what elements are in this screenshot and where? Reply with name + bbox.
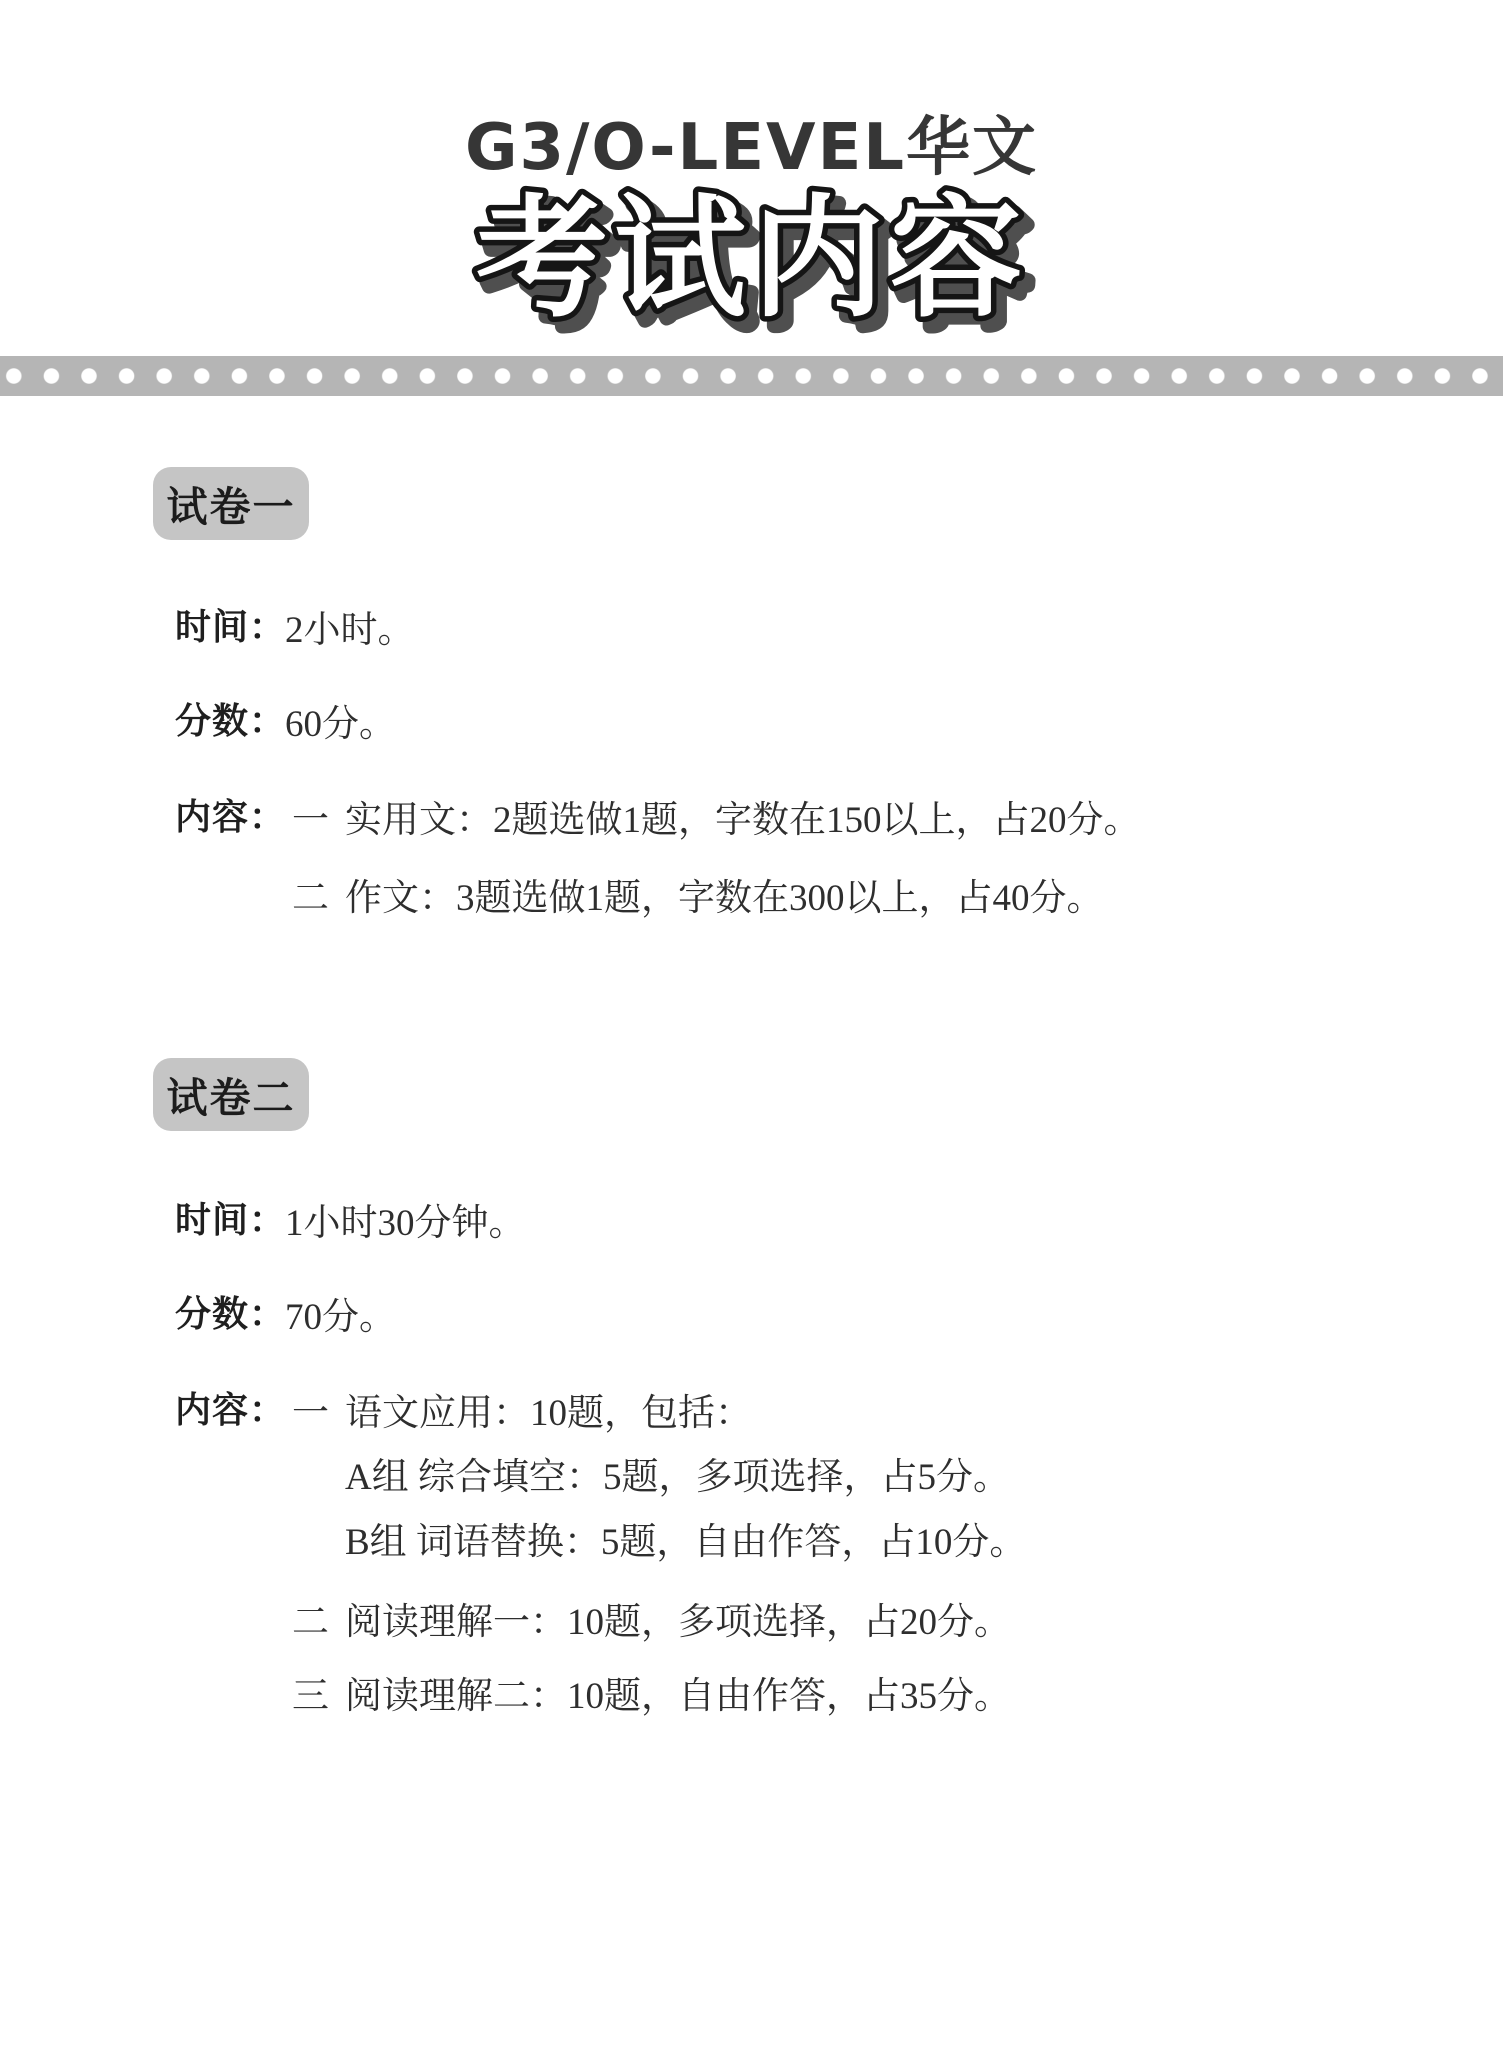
paper2-item2-number: 二 <box>292 1591 329 1645</box>
paper2-item3-number: 三 <box>292 1665 329 1719</box>
paper1-content-row-2: 二 作文：3题选做1题，字数在300以上，占40分。 <box>0 867 1503 911</box>
paper2-item1-text: 语文应用：10题，包括： <box>345 1382 752 1436</box>
paper2-marks-row: 分数： 70分。 <box>0 1286 1503 1330</box>
paper2-subitem-a-text: A组 综合填空：5题，多项选择，占5分。 <box>345 1446 1010 1500</box>
paper1-content-row-1: 内容： 一 实用文：2题选做1题，字数在150以上，占20分。 <box>0 789 1503 833</box>
paper1-item2-number: 二 <box>292 867 329 921</box>
paper2-item3-text: 阅读理解二：10题，自由作答，占35分。 <box>345 1665 1011 1719</box>
paper1-time-row: 时间： 2小时。 <box>0 599 1503 643</box>
paper2-subitem-b-text: B组 词语替换：5题，自由作答，占10分。 <box>345 1511 1026 1565</box>
paper1-item1-number: 一 <box>292 789 329 843</box>
paper2-marks-value: 70分。 <box>285 1286 396 1340</box>
paper1-marks-value: 60分。 <box>285 693 396 747</box>
paper2-subitem-b-row: B组 词语替换：5题，自由作答，占10分。 <box>0 1511 1503 1555</box>
dotted-divider <box>0 356 1503 396</box>
paper1-content-label: 内容： <box>175 789 286 840</box>
paper1-time-label: 时间： <box>175 599 286 650</box>
paper2-time-row: 时间： 1小时30分钟。 <box>0 1192 1503 1236</box>
paper1-item2-text: 作文：3题选做1题，字数在300以上，占40分。 <box>345 867 1104 921</box>
paper2-content-label: 内容： <box>175 1382 286 1433</box>
paper1-marks-row: 分数： 60分。 <box>0 693 1503 737</box>
stylized-title: 考试内容 考试内容 <box>372 152 1132 362</box>
paper2-content-row-1: 内容： 一 语文应用：10题，包括： <box>0 1382 1503 1426</box>
paper1-item1-text: 实用文：2题选做1题，字数在150以上，占20分。 <box>345 789 1141 843</box>
paper1-marks-label: 分数： <box>175 693 286 744</box>
paper2-header-label: 试卷二 <box>167 1065 296 1124</box>
paper2-item1-number: 一 <box>292 1382 329 1436</box>
paper1-header-badge: 试卷一 <box>153 467 309 540</box>
paper2-content-row-3: 三 阅读理解二：10题，自由作答，占35分。 <box>0 1665 1503 1709</box>
paper2-marks-label: 分数： <box>175 1286 286 1337</box>
stylized-title-text: 考试内容 <box>476 182 1028 336</box>
document-page: G3/O-LEVEL华文 考试内容 考试内容 试卷一 时间： 2小时。 分数： … <box>0 0 1503 2051</box>
paper1-time-value: 2小时。 <box>285 599 415 653</box>
paper2-time-label: 时间： <box>175 1192 286 1243</box>
paper2-content-row-2: 二 阅读理解一：10题，多项选择，占20分。 <box>0 1591 1503 1635</box>
paper2-time-value: 1小时30分钟。 <box>285 1192 526 1246</box>
paper2-item2-text: 阅读理解一：10题，多项选择，占20分。 <box>345 1591 1011 1645</box>
paper2-subitem-a-row: A组 综合填空：5题，多项选择，占5分。 <box>0 1446 1503 1490</box>
paper2-header-badge: 试卷二 <box>153 1058 309 1131</box>
paper1-header-label: 试卷一 <box>167 474 296 533</box>
